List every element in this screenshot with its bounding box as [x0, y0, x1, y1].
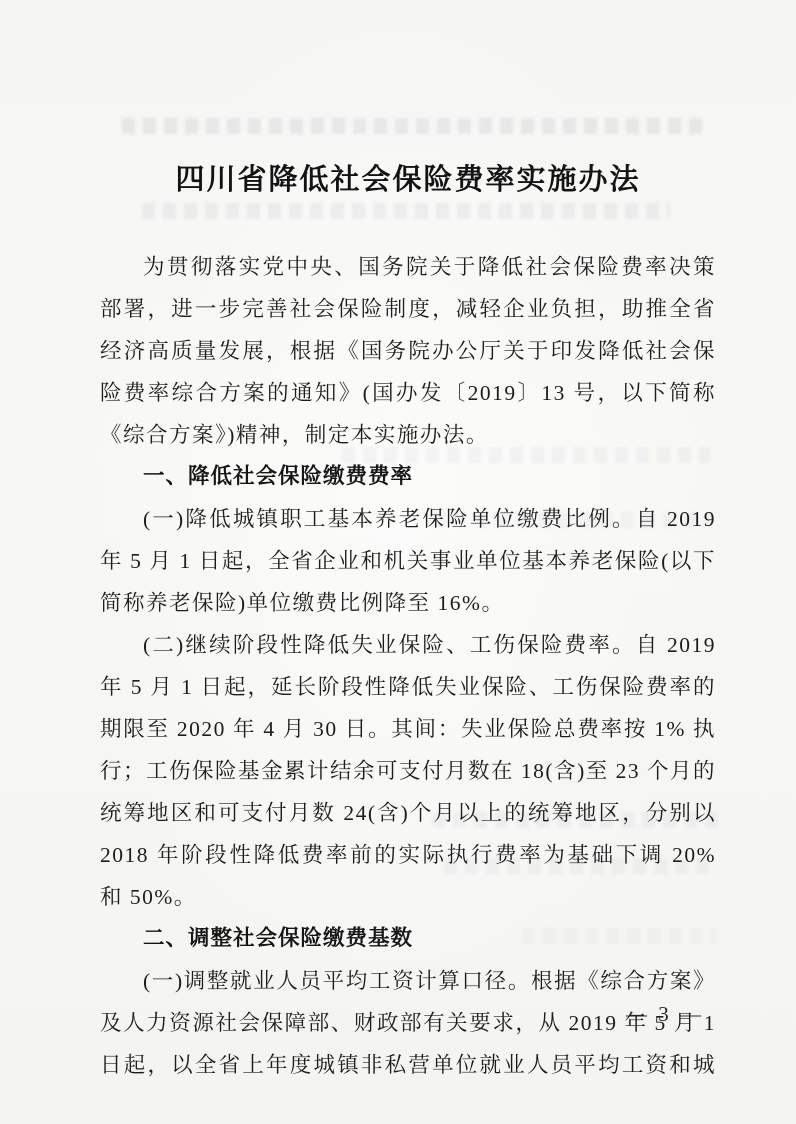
- section1-item2-paragraph: (二)继续阶段性降低失业保险、工伤保险费率。自 2019 年 5 月 1 日起，…: [100, 624, 716, 918]
- section2-item1-paragraph: (一)调整就业人员平均工资计算口径。根据《综合方案》及人力资源社会保障部、财政部…: [100, 960, 716, 1086]
- section-heading-1: 一、降低社会保险缴费费率: [100, 456, 716, 498]
- document-title: 四川省降低社会保险费率实施办法: [100, 160, 716, 198]
- section-heading-2: 二、调整社会保险缴费基数: [100, 918, 716, 960]
- intro-paragraph: 为贯彻落实党中央、国务院关于降低社会保险费率决策部署，进一步完善社会保险制度，减…: [100, 246, 716, 456]
- document-page: 四川省降低社会保险费率实施办法 为贯彻落实党中央、国务院关于降低社会保险费率决策…: [100, 0, 716, 1086]
- page-number: — 3 —: [626, 1002, 704, 1027]
- section1-item1-paragraph: (一)降低城镇职工基本养老保险单位缴费比例。自 2019 年 5 月 1 日起，…: [100, 498, 716, 624]
- document-body: 为贯彻落实党中央、国务院关于降低社会保险费率决策部署，进一步完善社会保险制度，减…: [100, 246, 716, 1086]
